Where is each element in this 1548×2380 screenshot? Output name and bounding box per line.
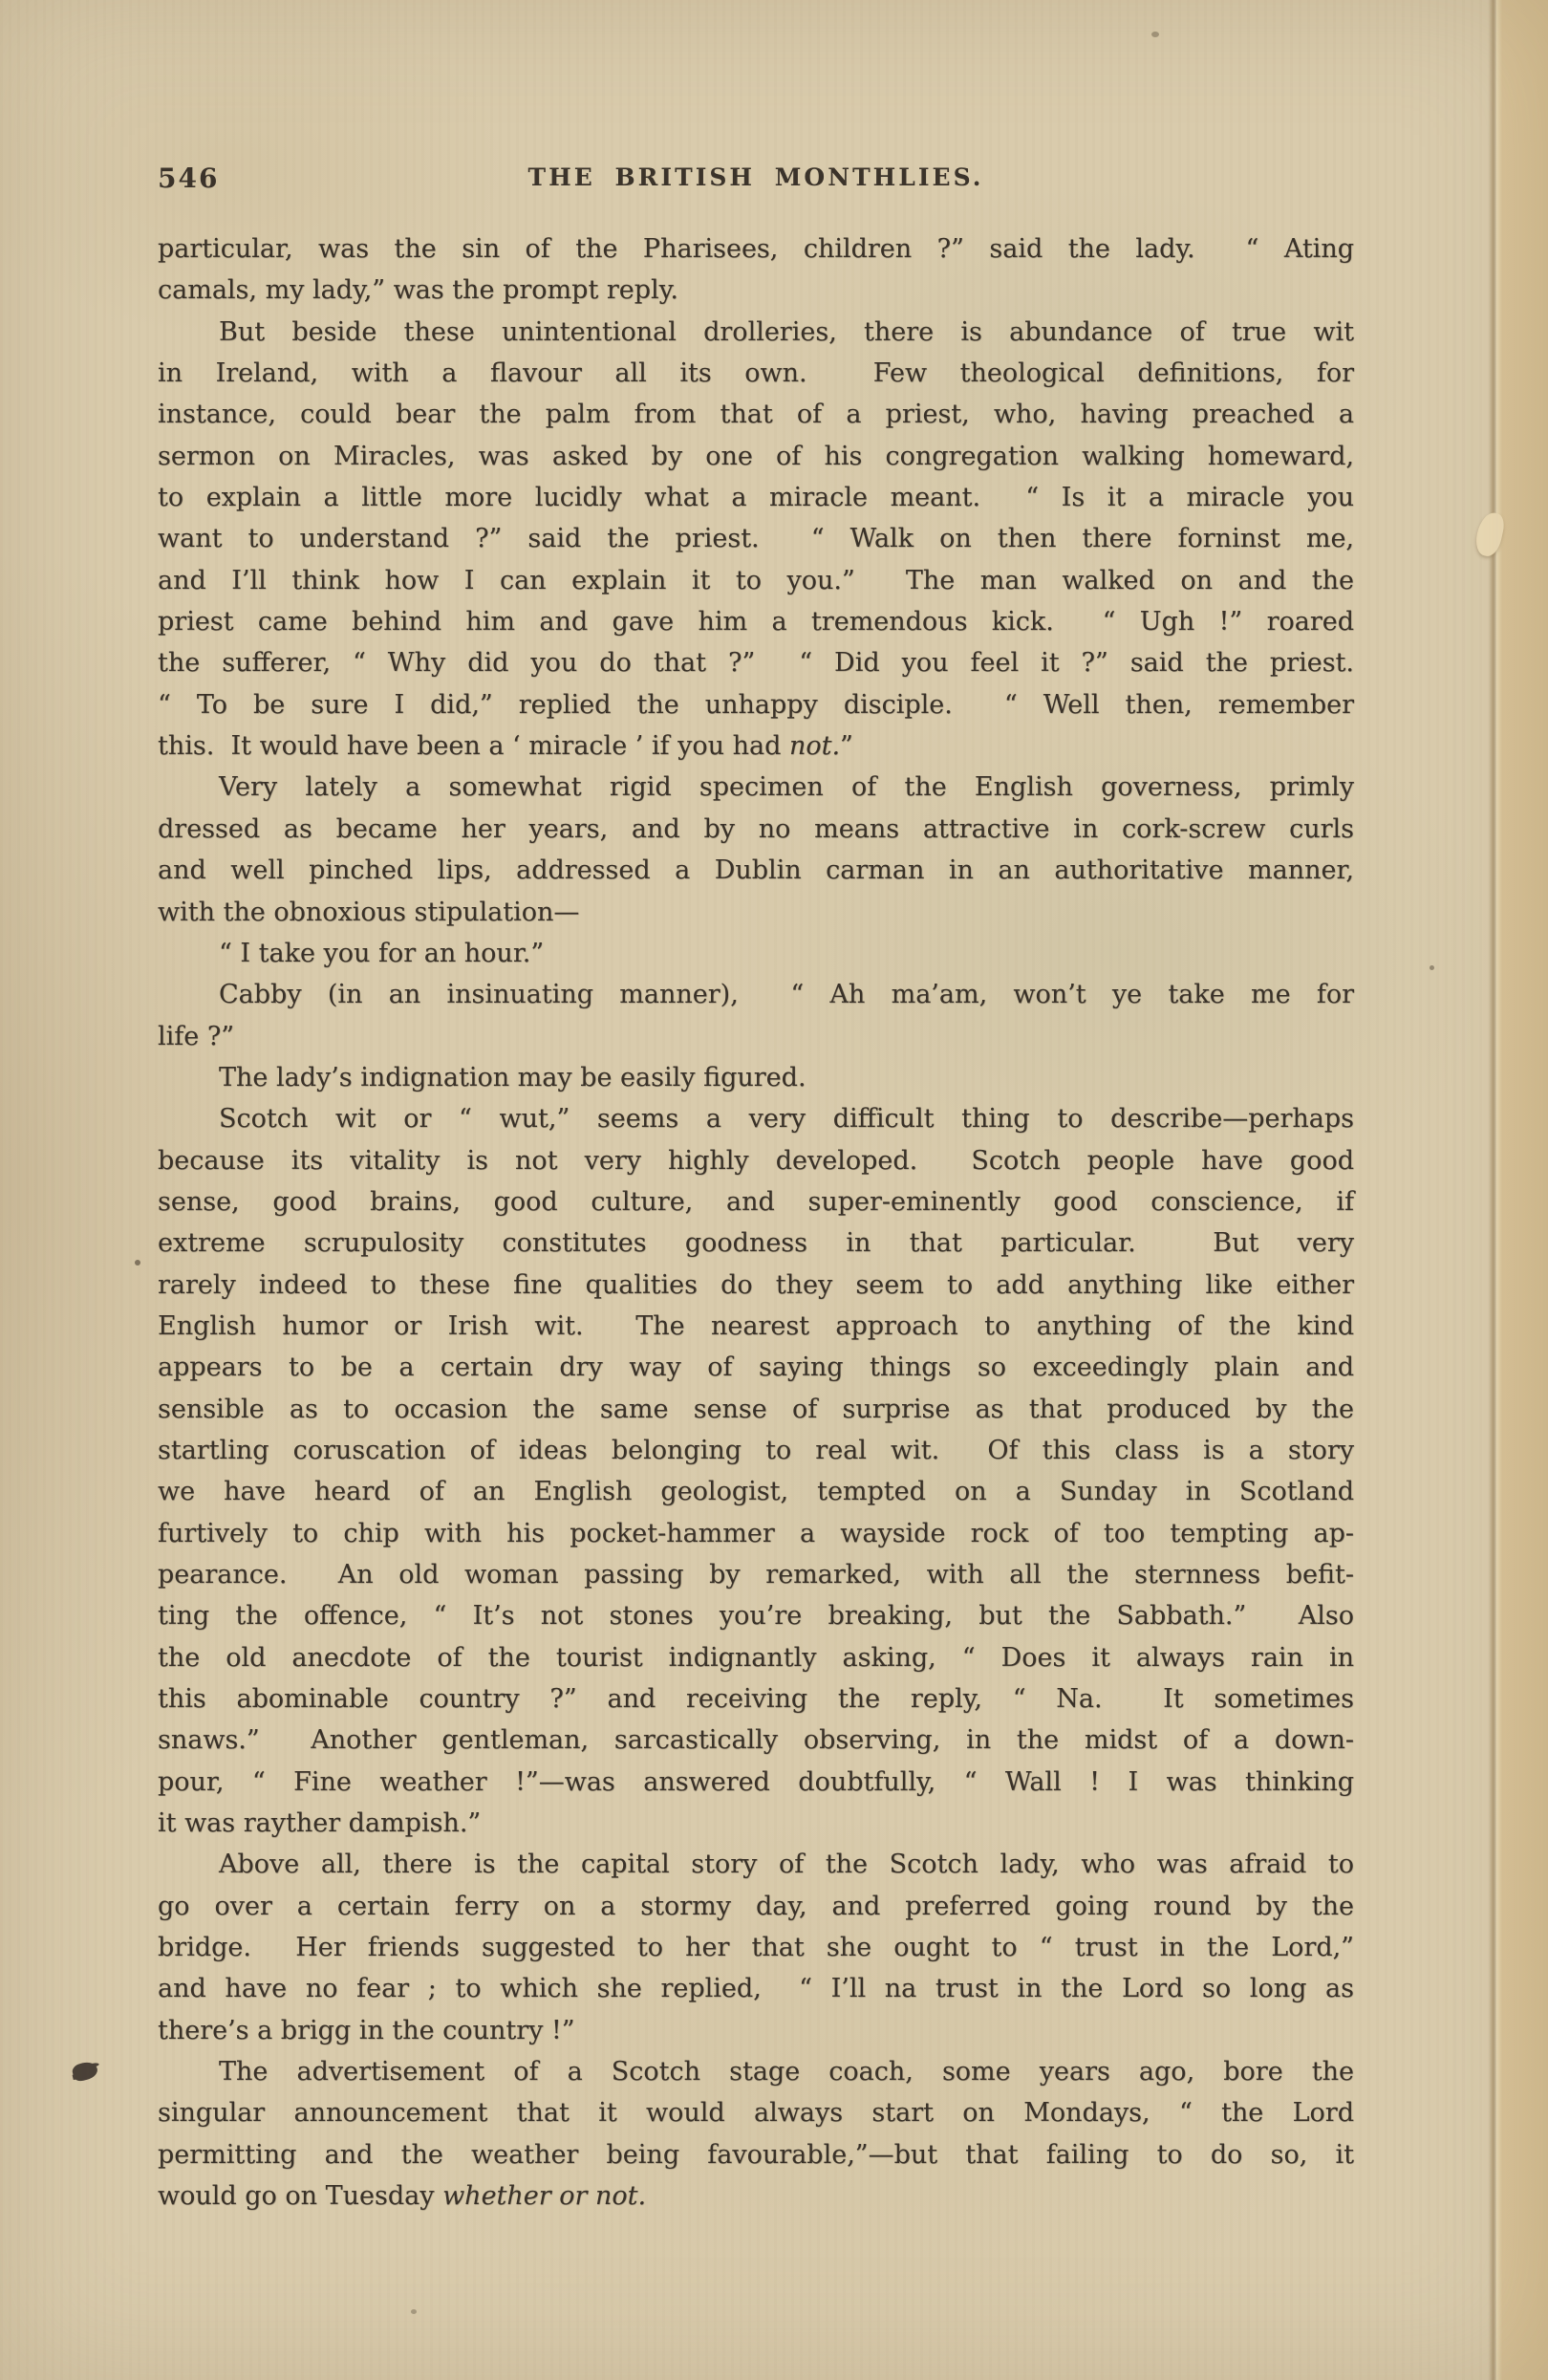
text-line: because its vitality is not very highly …	[158, 1140, 1354, 1181]
paper-speck	[411, 2309, 417, 2314]
text-line: The advertisement of a Scotch stage coac…	[158, 2051, 1354, 2092]
paragraph: The advertisement of a Scotch stage coac…	[158, 2051, 1354, 2217]
page-header: 546 THE BRITISH MONTHLIES.	[158, 162, 1354, 201]
paragraph: Scotch wit or “ wut,” seems a very diffi…	[158, 1098, 1354, 1844]
text-line: camals, my lady,” was the prompt reply.	[158, 270, 1354, 311]
text-line: singular announcement that it would alwa…	[158, 2092, 1354, 2133]
paper-speck	[1151, 32, 1159, 37]
body-text: particular, was the sin of the Pharisees…	[158, 228, 1354, 2218]
paragraph: But beside these unintentional drollerie…	[158, 312, 1354, 768]
text-line: Scotch wit or “ wut,” seems a very diffi…	[158, 1098, 1354, 1139]
text-line: instance, could bear the palm from that …	[158, 394, 1354, 435]
text-line: Above all, there is the capital story of…	[158, 1844, 1354, 1885]
text-line: appears to be a certain dry way of sayin…	[158, 1347, 1354, 1388]
text-line: there’s a brigg in the country !”	[158, 2010, 1354, 2051]
text-line: Very lately a somewhat rigid specimen of…	[158, 767, 1354, 808]
text-line: English humor or Irish wit. The nearest …	[158, 1306, 1354, 1347]
text-line: snaws.” Another gentleman, sarcastically…	[158, 1720, 1354, 1761]
text-line: sermon on Miracles, was asked by one of …	[158, 436, 1354, 477]
text-line: and have no fear ; to which she replied,…	[158, 1968, 1354, 2009]
text-line: ting the offence, “ It’s not stones you’…	[158, 1595, 1354, 1636]
text-line: and I’ll think how I can explain it to y…	[158, 560, 1354, 601]
paragraph: Above all, there is the capital story of…	[158, 1844, 1354, 2051]
text-line: sensible as to occasion the same sense o…	[158, 1389, 1354, 1430]
text-line: we have heard of an English geologist, t…	[158, 1471, 1354, 1512]
text-line: “ I take you for an hour.”	[158, 933, 1354, 974]
text-line: go over a certain ferry on a stormy day,…	[158, 1886, 1354, 1927]
running-title: THE BRITISH MONTHLIES.	[158, 163, 1354, 191]
text-line: it was rayther dampish.”	[158, 1803, 1354, 1844]
text-line: pour, “ Fine weather !”—was answered dou…	[158, 1762, 1354, 1803]
book-page-scan: 546 THE BRITISH MONTHLIES. particular, w…	[0, 0, 1548, 2380]
text-line: pearance. An old woman passing by remark…	[158, 1554, 1354, 1595]
text-line: sense, good brains, good culture, and su…	[158, 1181, 1354, 1222]
next-page-edge	[1496, 0, 1548, 2380]
text-line: The lady’s indignation may be easily fig…	[158, 1057, 1354, 1098]
text-line: the sufferer, “ Why did you do that ?” “…	[158, 642, 1354, 683]
text-line: rarely indeed to these fine qualities do…	[158, 1265, 1354, 1306]
text-line: this abominable country ?” and receiving…	[158, 1678, 1354, 1720]
text-line: “ To be sure I did,” replied the unhappy…	[158, 684, 1354, 725]
text-line: dressed as became her years, and by no m…	[158, 809, 1354, 850]
text-line: want to understand ?” said the priest. “…	[158, 518, 1354, 559]
text-line: with the obnoxious stipulation—	[158, 892, 1354, 933]
text-line: the old anecdote of the tourist indignan…	[158, 1637, 1354, 1678]
text-line: this. It would have been a ‘ miracle ’ i…	[158, 725, 1354, 767]
text-line: and well pinched lips, addressed a Dubli…	[158, 850, 1354, 891]
text-line: permitting and the weather being favoura…	[158, 2134, 1354, 2175]
text-line: life ?”	[158, 1016, 1354, 1057]
text-line: in Ireland, with a flavour all its own. …	[158, 353, 1354, 394]
paper-speck	[135, 1260, 140, 1266]
text-line: But beside these unintentional drollerie…	[158, 312, 1354, 353]
text-line: particular, was the sin of the Pharisees…	[158, 228, 1354, 270]
paragraph: Very lately a somewhat rigid specimen of…	[158, 767, 1354, 932]
ink-blot-mark	[71, 2060, 99, 2083]
text-line: furtively to chip with his pocket-hammer…	[158, 1513, 1354, 1554]
paragraph: The lady’s indignation may be easily fig…	[158, 1057, 1354, 1098]
text-line: priest came behind him and gave him a tr…	[158, 601, 1354, 642]
text-line: startling coruscation of ideas belonging…	[158, 1430, 1354, 1471]
text-line: would go on Tuesday whether or not.	[158, 2175, 1354, 2217]
page-crease-line	[1489, 0, 1496, 2380]
paragraph: “ I take you for an hour.”	[158, 933, 1354, 974]
text-line: to explain a little more lucidly what a …	[158, 477, 1354, 518]
text-line: Cabby (in an insinuating manner), “ Ah m…	[158, 974, 1354, 1015]
paragraph: particular, was the sin of the Pharisees…	[158, 228, 1354, 312]
paragraph: Cabby (in an insinuating manner), “ Ah m…	[158, 974, 1354, 1057]
paper-speck	[1430, 965, 1434, 970]
text-line: bridge. Her friends suggested to her tha…	[158, 1927, 1354, 1968]
text-line: extreme scrupulosity constitutes goodnes…	[158, 1222, 1354, 1264]
